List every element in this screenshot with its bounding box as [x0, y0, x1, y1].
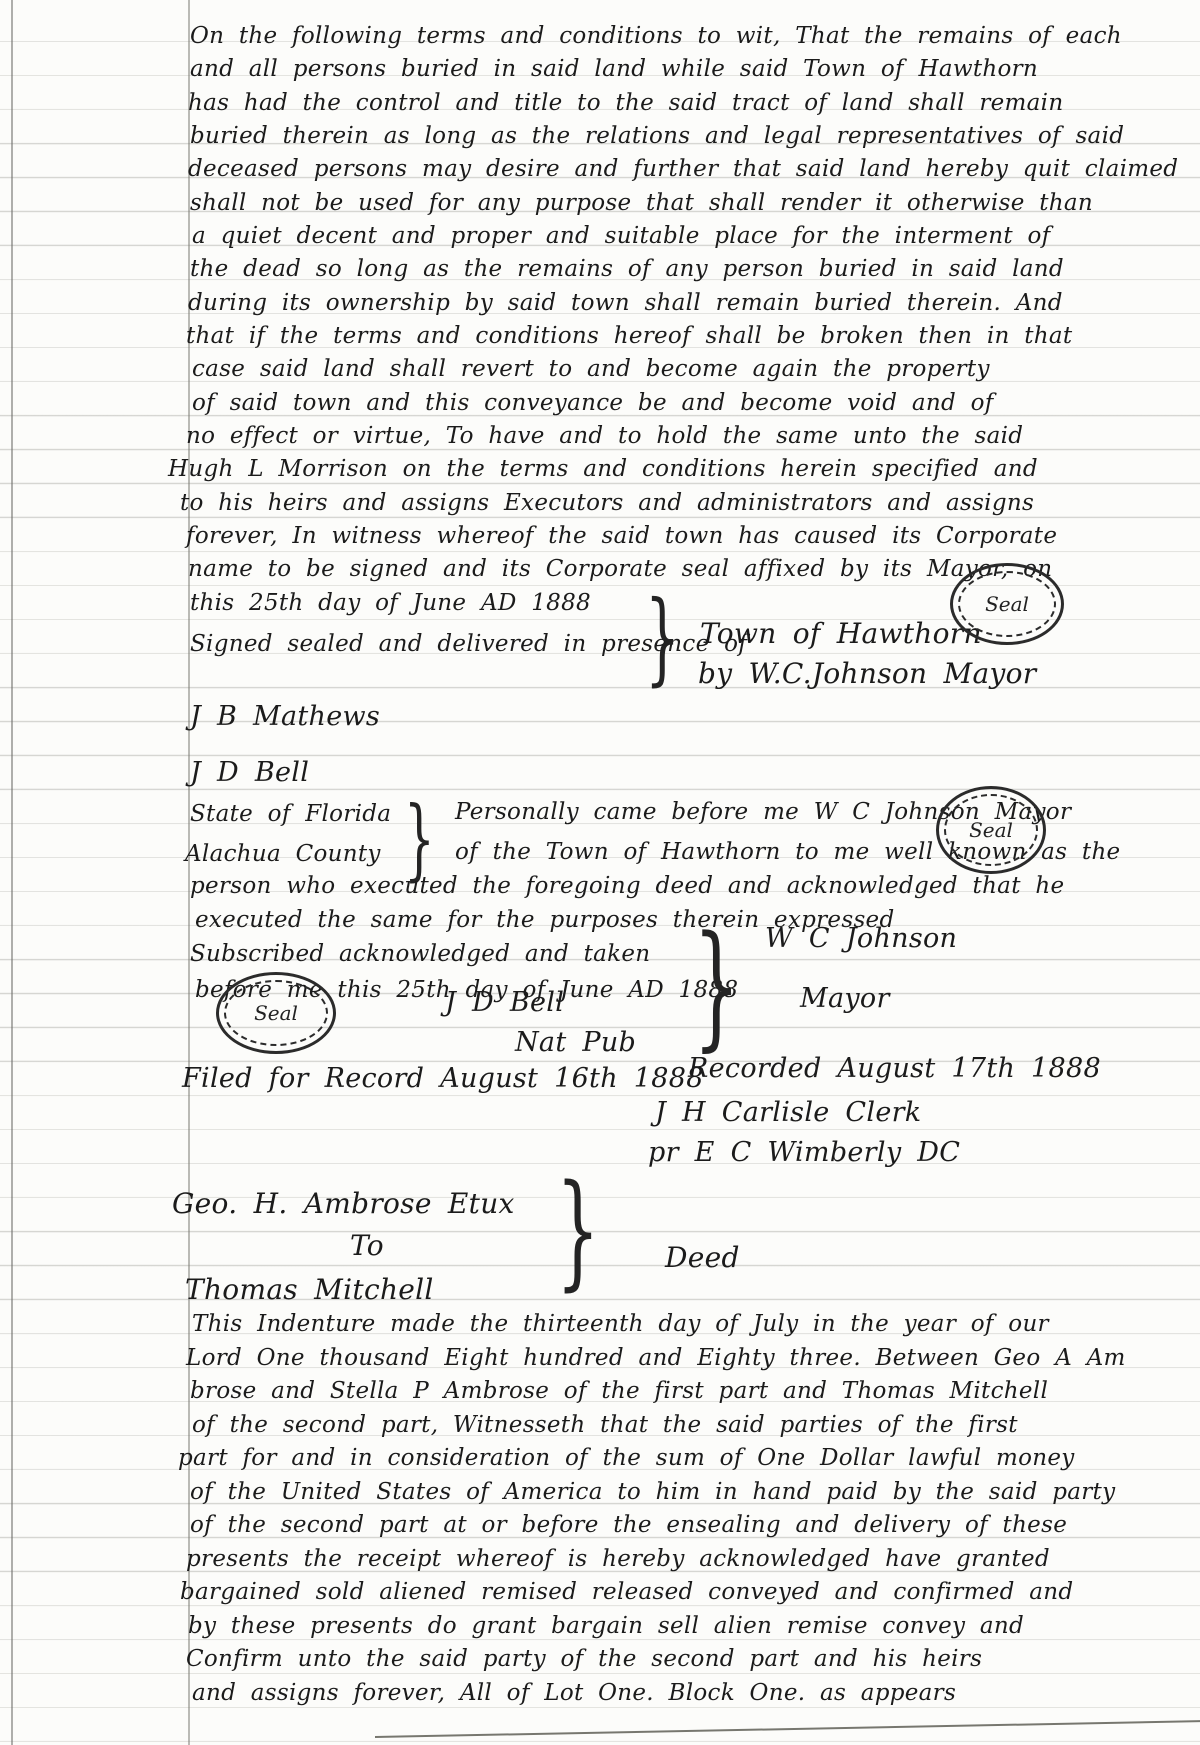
deputy-clerk-signature: pr E C Wimberly DC	[648, 1136, 960, 1170]
ack-state: State of Florida	[190, 800, 391, 829]
notary-seal: Seal	[216, 972, 336, 1054]
deed1-body-line: no effect or virtue, To have and to hold…	[186, 422, 1023, 451]
grantor-signature: Town of Hawthorn	[700, 616, 982, 651]
grantor-by-line: by W.C.Johnson Mayor	[698, 656, 1037, 691]
page-edge-shadow	[375, 1720, 1200, 1738]
deed2-body-line: brose and Stella P Ambrose of the first …	[190, 1377, 1048, 1406]
venue-brace: }	[404, 795, 435, 883]
deed1-body-line: of said town and this conveyance be and …	[192, 389, 994, 418]
witness-signature: J D Bell	[190, 756, 309, 790]
ack-line: person who executed the foregoing deed a…	[190, 872, 1064, 901]
deed1-body-line: buried therein as long as the relations …	[190, 122, 1124, 151]
deed-book-page: On the following terms and conditions to…	[0, 0, 1200, 1745]
deed1-body-line: this 25th day of June AD 1888	[190, 589, 591, 618]
ack-county: Alachua County	[185, 840, 381, 869]
deed2-body-line: of the United States of America to him i…	[190, 1478, 1115, 1507]
officer-signature: W C Johnson	[765, 922, 957, 956]
deed1-body-line: that if the terms and conditions hereof …	[186, 322, 1072, 351]
deed2-body-line: by these presents do grant bargain sell …	[188, 1612, 1024, 1641]
deed1-body-line: deceased persons may desire and further …	[188, 155, 1178, 184]
caption-instrument: Deed	[665, 1240, 740, 1275]
deed1-body-line: to his heirs and assigns Executors and a…	[180, 489, 1034, 518]
deed1-body-line: shall not be used for any purpose that s…	[190, 189, 1093, 218]
deed1-body-line: a quiet decent and proper and suitable p…	[192, 222, 1050, 251]
caption-to: To	[350, 1228, 384, 1263]
notary-title: Nat Pub	[515, 1026, 636, 1060]
deed1-body-line: Hugh L Morrison on the terms and conditi…	[168, 455, 1038, 484]
clerk-signature: J H Carlisle Clerk	[655, 1096, 921, 1130]
corporate-seal: Seal	[950, 563, 1064, 645]
seal-label: Seal	[985, 592, 1029, 616]
recorded-line: Recorded August 17th 1888	[688, 1052, 1101, 1086]
deed2-body-line: This Indenture made the thirteenth day o…	[192, 1310, 1049, 1339]
left-fold-line	[11, 0, 13, 1745]
witness-brace: }	[645, 588, 680, 688]
deed2-body-line: of the second part, Witnesseth that the …	[192, 1411, 1018, 1440]
deed2-body-line: presents the receipt whereof is hereby a…	[186, 1545, 1050, 1574]
deed1-body-line: and all persons buried in said land whil…	[190, 55, 1038, 84]
deed1-body-line: On the following terms and conditions to…	[190, 22, 1122, 51]
filed-line: Filed for Record August 16th 1888	[182, 1062, 704, 1096]
caption-grantor: Geo. H. Ambrose Etux	[172, 1186, 515, 1221]
deed1-body-line: forever, In witness whereof the said tow…	[186, 522, 1057, 551]
deed1-body-line: has had the control and title to the sai…	[188, 89, 1063, 118]
caption-grantee: Thomas Mitchell	[185, 1272, 434, 1307]
deed1-body-line: case said land shall revert to and becom…	[192, 355, 990, 384]
deed2-body-line: bargained sold aliened remised released …	[180, 1578, 1073, 1607]
jurat-line: Subscribed acknowledged and taken	[190, 940, 650, 969]
officer-title: Mayor	[800, 982, 890, 1016]
caption-brace: }	[556, 1168, 600, 1293]
seal-label: Seal	[969, 818, 1013, 842]
deed2-body-line: Lord One thousand Eight hundred and Eigh…	[186, 1344, 1126, 1373]
deed1-body-line: the dead so long as the remains of any p…	[190, 255, 1064, 284]
witness-signature: J B Mathews	[190, 700, 380, 734]
officer-seal: Seal	[936, 786, 1046, 874]
deed1-body-line: during its ownership by said town shall …	[188, 289, 1063, 318]
deed2-body-line: part for and in consideration of the sum…	[178, 1444, 1075, 1473]
notary-signature: J D Bell	[445, 986, 564, 1020]
deed2-body-line: and assigns forever, All of Lot One. Blo…	[192, 1679, 956, 1708]
deed1-body-line: name to be signed and its Corporate seal…	[188, 555, 1052, 584]
deed2-body-line: of the second part at or before the ense…	[190, 1511, 1067, 1540]
jurat-brace: }	[693, 918, 740, 1053]
seal-label: Seal	[254, 1001, 298, 1025]
deed2-body-line: Confirm unto the said party of the secon…	[186, 1645, 982, 1674]
